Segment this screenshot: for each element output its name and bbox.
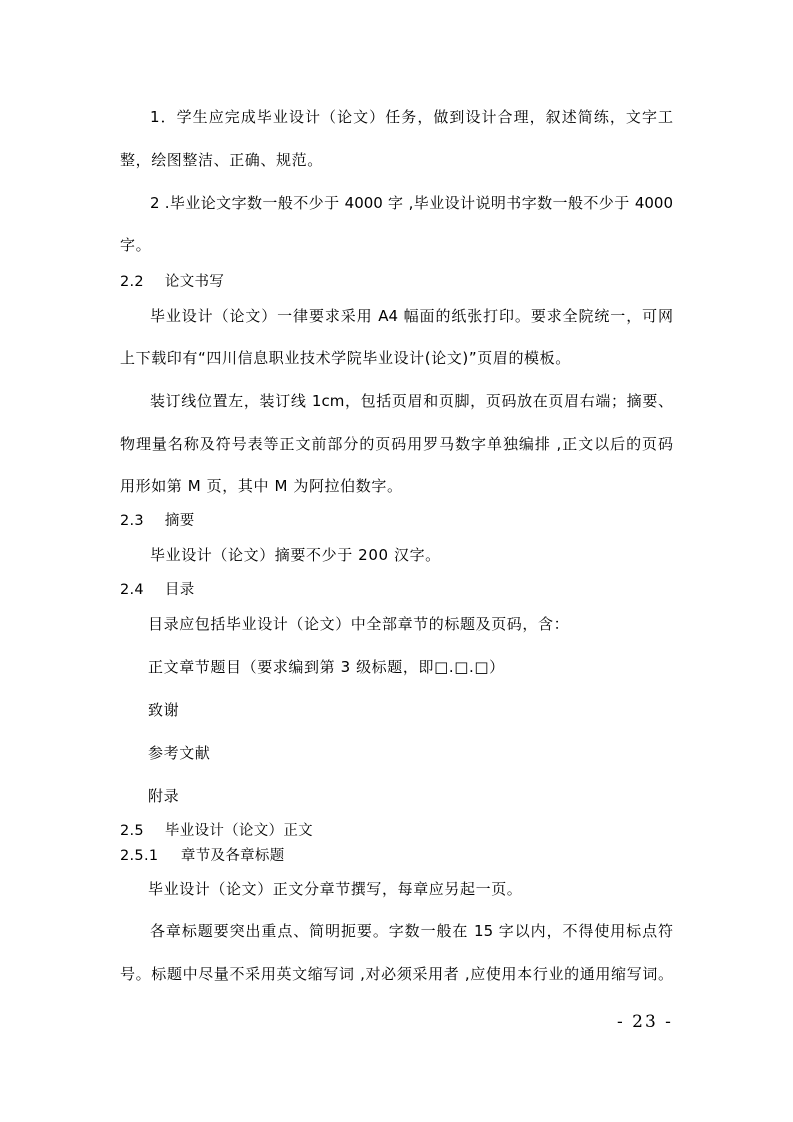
- paragraph-text: 2 .毕业论文字数一般不少于 4000 字 ,毕业设计说明书字数一般不少于 40…: [150, 194, 673, 212]
- paragraph-text: 物理量名称及符号表等正文前部分的页码用罗马数字单独编排 ,正文以后的页码: [120, 435, 673, 453]
- toc-item: 参考文献: [148, 744, 210, 762]
- section-heading-2-5-1: 2.5.1 章节及各章标题: [120, 847, 285, 865]
- section-heading-2-4: 2.4 目录: [120, 581, 195, 599]
- paragraph-text: 毕业设计（论文）一律要求采用 A4 幅面的纸张打印。要求全院统一，可网: [150, 307, 673, 325]
- toc-item: 正文章节题目（要求编到第 3 级标题，即□.□.□）: [148, 658, 505, 676]
- section-title: 论文书写: [165, 274, 224, 290]
- paragraph-text: 用形如第 M 页，其中 M 为阿拉伯数字。: [120, 477, 403, 495]
- section-number: 2.4: [120, 581, 160, 599]
- section-number: 2.5.1: [120, 847, 176, 865]
- paragraph-text: 整，绘图整洁、正确、规范。: [120, 151, 323, 169]
- section-title: 摘要: [165, 513, 195, 529]
- toc-item: 附录: [148, 787, 179, 805]
- toc-item: 致谢: [148, 701, 179, 719]
- section-heading-2-3: 2.3 摘要: [120, 512, 195, 530]
- section-number: 2.2: [120, 273, 160, 291]
- section-number: 2.3: [120, 512, 160, 530]
- paragraph-text: 毕业设计（论文）正文分章节撰写，每章应另起一页。: [148, 880, 522, 898]
- section-title: 目录: [165, 582, 195, 598]
- section-heading-2-5: 2.5 毕业设计（论文）正文: [120, 822, 313, 840]
- section-title: 毕业设计（论文）正文: [165, 823, 313, 839]
- paragraph-text: 上下载印有“四川信息职业技术学院毕业设计(论文)”页眉的模板。: [120, 349, 571, 367]
- section-number: 2.5: [120, 822, 160, 840]
- paragraph-text: 字。: [120, 236, 151, 254]
- section-title: 章节及各章标题: [181, 848, 285, 864]
- paragraph-text: 装订线位置左，装订线 1cm，包括页眉和页脚，页码放在页眉右端；摘要、: [150, 392, 673, 410]
- paragraph-text: 毕业设计（论文）摘要不少于 200 汉字。: [150, 546, 441, 564]
- section-heading-2-2: 2.2 论文书写: [120, 273, 224, 291]
- page-number: - 23 -: [617, 1012, 673, 1032]
- paragraph-text: 号。标题中尽量不采用英文缩写词 ,对必须采用者 ,应使用本行业的通用缩写词。: [120, 965, 673, 983]
- paragraph-text: 1．学生应完成毕业设计（论文）任务，做到设计合理，叙述简练，文字工: [150, 108, 673, 126]
- paragraph-text: 目录应包括毕业设计（论文）中全部章节的标题及页码，含：: [148, 615, 569, 633]
- paragraph-text: 各章标题要突出重点、简明扼要。字数一般在 15 字以内，不得使用标点符: [150, 922, 673, 940]
